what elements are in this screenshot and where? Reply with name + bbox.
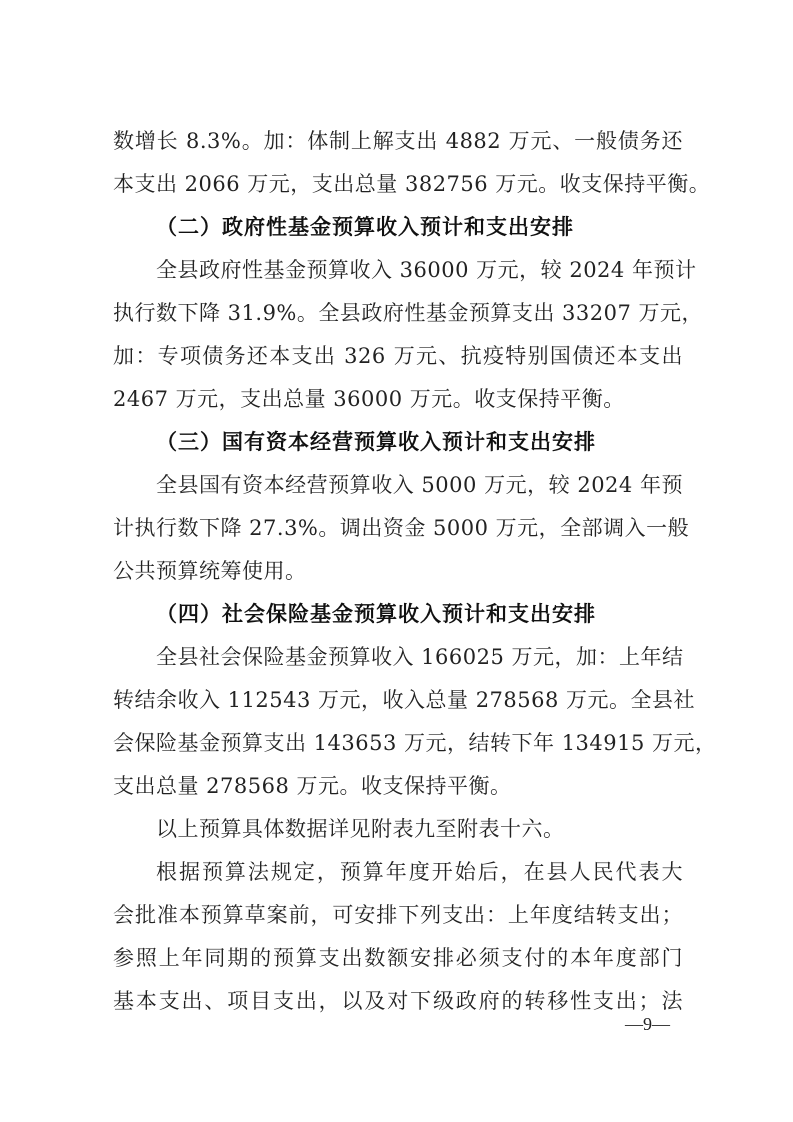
section-heading-state-capital: （三）国有资本经营预算收入预计和支出安排 <box>156 428 596 456</box>
body-text-line: 本支出 2066 万元，支出总量 382756 万元。收支保持平衡。 <box>113 170 683 198</box>
body-text-line: 基本支出、项目支出，以及对下级政府的转移性支出；法 <box>113 987 683 1015</box>
body-text-line: 以上预算具体数据详见附表九至附表十六。 <box>156 815 683 843</box>
body-text-line: 支出总量 278568 万元。收支保持平衡。 <box>113 772 683 800</box>
body-text-line: 根据预算法规定，预算年度开始后，在县人民代表大 <box>156 858 683 886</box>
section-heading-government-fund: （二）政府性基金预算收入预计和支出安排 <box>156 213 574 241</box>
body-text-line: 参照上年同期的预算支出数额安排必须支付的本年度部门 <box>113 944 683 972</box>
body-text-line: 全县社会保险基金预算收入 166025 万元，加：上年结 <box>156 643 683 671</box>
page-number: —9— <box>625 1012 670 1036</box>
body-text-line: 公共预算统筹使用。 <box>113 557 683 585</box>
body-text-line: 全县国有资本经营预算收入 5000 万元，较 2024 年预 <box>156 471 683 499</box>
body-text-line: 2467 万元，支出总量 36000 万元。收支保持平衡。 <box>113 385 683 413</box>
body-text-line: 转结余收入 112543 万元，收入总量 278568 万元。全县社 <box>113 686 683 714</box>
body-text-line: 数增长 8.3%。加：体制上解支出 4882 万元、一般债务还 <box>113 127 683 155</box>
body-text-line: 会批准本预算草案前，可安排下列支出：上年度结转支出； <box>113 901 683 929</box>
section-heading-social-insurance: （四）社会保险基金预算收入预计和支出安排 <box>156 600 596 628</box>
body-text-line: 全县政府性基金预算收入 36000 万元，较 2024 年预计 <box>156 256 683 284</box>
body-text-line: 计执行数下降 27.3%。调出资金 5000 万元，全部调入一般 <box>113 514 683 542</box>
body-text-line: 会保险基金预算支出 143653 万元，结转下年 134915 万元， <box>113 729 683 757</box>
document-page: 数增长 8.3%。加：体制上解支出 4882 万元、一般债务还 本支出 2066… <box>0 0 793 1122</box>
body-text-line: 加：专项债务还本支出 326 万元、抗疫特别国债还本支出 <box>113 342 683 370</box>
body-text-line: 执行数下降 31.9%。全县政府性基金预算支出 33207 万元， <box>113 299 683 327</box>
